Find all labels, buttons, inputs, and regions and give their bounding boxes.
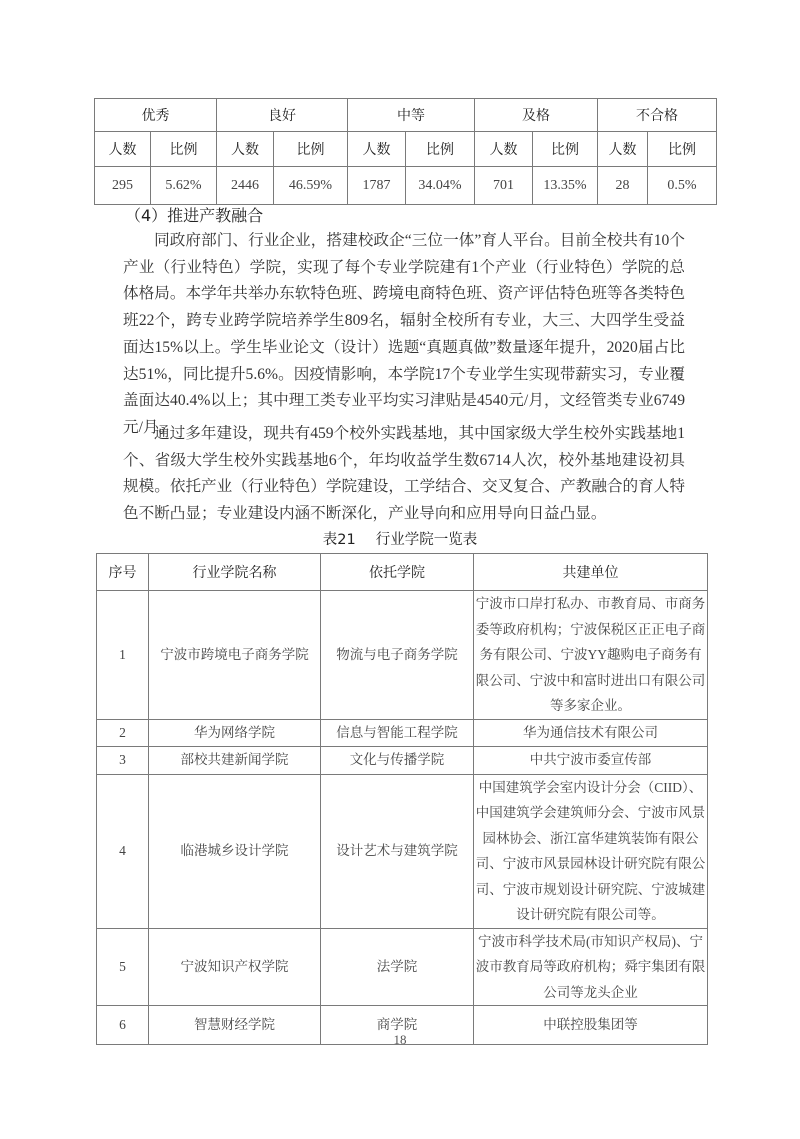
body-paragraph: 同政府部门、行业企业，搭建校政企“三位一体”育人平台。目前全校共有10个产业（行… <box>123 228 685 442</box>
row-partners: 中共宁波市委宣传部 <box>474 746 708 774</box>
excellent-ratio: 5.62% <box>151 167 217 205</box>
row-no: 4 <box>97 774 149 928</box>
table-row: 2 华为网络学院 信息与智能工程学院 华为通信技术有限公司 <box>97 719 708 746</box>
table-row: 4 临港城乡设计学院 设计艺术与建筑学院 中国建筑学会室内设计分会（CIID）、… <box>97 774 708 928</box>
fail-ratio: 0.5% <box>648 167 717 205</box>
pass-ratio: 13.35% <box>533 167 598 205</box>
table-caption-title: 行业学院一览表 <box>376 532 478 548</box>
college-table-header-row: 序号 行业学院名称 依托学院 共建单位 <box>97 554 708 591</box>
ratio-header: 比例 <box>648 132 717 167</box>
grade-group-fail: 不合格 <box>598 99 717 132</box>
grade-group-good: 良好 <box>217 99 348 132</box>
good-ratio: 46.59% <box>274 167 348 205</box>
section-heading: （4）推进产教融合 <box>125 203 263 226</box>
table-caption: 表21行业学院一览表 <box>0 528 800 549</box>
row-host-school: 设计艺术与建筑学院 <box>321 774 474 928</box>
table-caption-number: 表21 <box>323 532 356 548</box>
grade-group-header-row: 优秀 良好 中等 及格 不合格 <box>95 99 717 132</box>
table-row: 5 宁波知识产权学院 法学院 宁波市科学技术局(市知识产权局)、宁波市教育局等政… <box>97 928 708 1006</box>
header-college-name: 行业学院名称 <box>149 554 321 591</box>
row-college-name: 临港城乡设计学院 <box>149 774 321 928</box>
pass-count: 701 <box>475 167 533 205</box>
row-no: 3 <box>97 746 149 774</box>
good-count: 2446 <box>217 167 274 205</box>
ratio-header: 比例 <box>151 132 217 167</box>
header-host-school: 依托学院 <box>321 554 474 591</box>
page-number: 18 <box>0 1032 800 1048</box>
count-header: 人数 <box>95 132 151 167</box>
row-college-name: 宁波市跨境电子商务学院 <box>149 591 321 720</box>
header-no: 序号 <box>97 554 149 591</box>
table-row: 3 部校共建新闻学院 文化与传播学院 中共宁波市委宣传部 <box>97 746 708 774</box>
count-header: 人数 <box>598 132 648 167</box>
grade-group-medium: 中等 <box>348 99 475 132</box>
row-host-school: 信息与智能工程学院 <box>321 719 474 746</box>
header-partners: 共建单位 <box>474 554 708 591</box>
row-no: 5 <box>97 928 149 1006</box>
row-college-name: 部校共建新闻学院 <box>149 746 321 774</box>
paragraph-text: 通过多年建设，现共有459个校外实践基地，其中国家级大学生校外实践基地1个、省级… <box>123 425 685 522</box>
grade-subheader-row: 人数 比例 人数 比例 人数 比例 人数 比例 人数 比例 <box>95 132 717 167</box>
table-row: 1 宁波市跨境电子商务学院 物流与电子商务学院 宁波市口岸打私办、市教育局、市商… <box>97 591 708 720</box>
ratio-header: 比例 <box>406 132 475 167</box>
medium-ratio: 34.04% <box>406 167 475 205</box>
industry-college-table: 序号 行业学院名称 依托学院 共建单位 1 宁波市跨境电子商务学院 物流与电子商… <box>96 553 708 1045</box>
fail-count: 28 <box>598 167 648 205</box>
count-header: 人数 <box>217 132 274 167</box>
grade-distribution-table: 优秀 良好 中等 及格 不合格 人数 比例 人数 比例 人数 比例 人数 比例 … <box>94 98 717 205</box>
count-header: 人数 <box>348 132 406 167</box>
grade-values-row: 295 5.62% 2446 46.59% 1787 34.04% 701 13… <box>95 167 717 205</box>
paragraph-text: 同政府部门、行业企业，搭建校政企“三位一体”育人平台。目前全校共有10个产业（行… <box>123 232 685 436</box>
row-partners: 宁波市口岸打私办、市教育局、市商务委等政府机构；宁波保税区正正电子商务有限公司、… <box>474 591 708 720</box>
row-college-name: 华为网络学院 <box>149 719 321 746</box>
row-no: 2 <box>97 719 149 746</box>
grade-group-excellent: 优秀 <box>95 99 217 132</box>
ratio-header: 比例 <box>274 132 348 167</box>
row-partners: 宁波市科学技术局(市知识产权局)、宁波市教育局等政府机构；舜宇集团有限公司等龙头… <box>474 928 708 1006</box>
body-paragraph: 通过多年建设，现共有459个校外实践基地，其中国家级大学生校外实践基地1个、省级… <box>123 421 685 528</box>
row-host-school: 物流与电子商务学院 <box>321 591 474 720</box>
row-partners: 中国建筑学会室内设计分会（CIID）、中国建筑学会建筑师分会、宁波市风景园林协会… <box>474 774 708 928</box>
row-partners: 华为通信技术有限公司 <box>474 719 708 746</box>
row-host-school: 法学院 <box>321 928 474 1006</box>
count-header: 人数 <box>475 132 533 167</box>
row-no: 1 <box>97 591 149 720</box>
row-college-name: 宁波知识产权学院 <box>149 928 321 1006</box>
row-host-school: 文化与传播学院 <box>321 746 474 774</box>
ratio-header: 比例 <box>533 132 598 167</box>
grade-group-pass: 及格 <box>475 99 598 132</box>
excellent-count: 295 <box>95 167 151 205</box>
medium-count: 1787 <box>348 167 406 205</box>
